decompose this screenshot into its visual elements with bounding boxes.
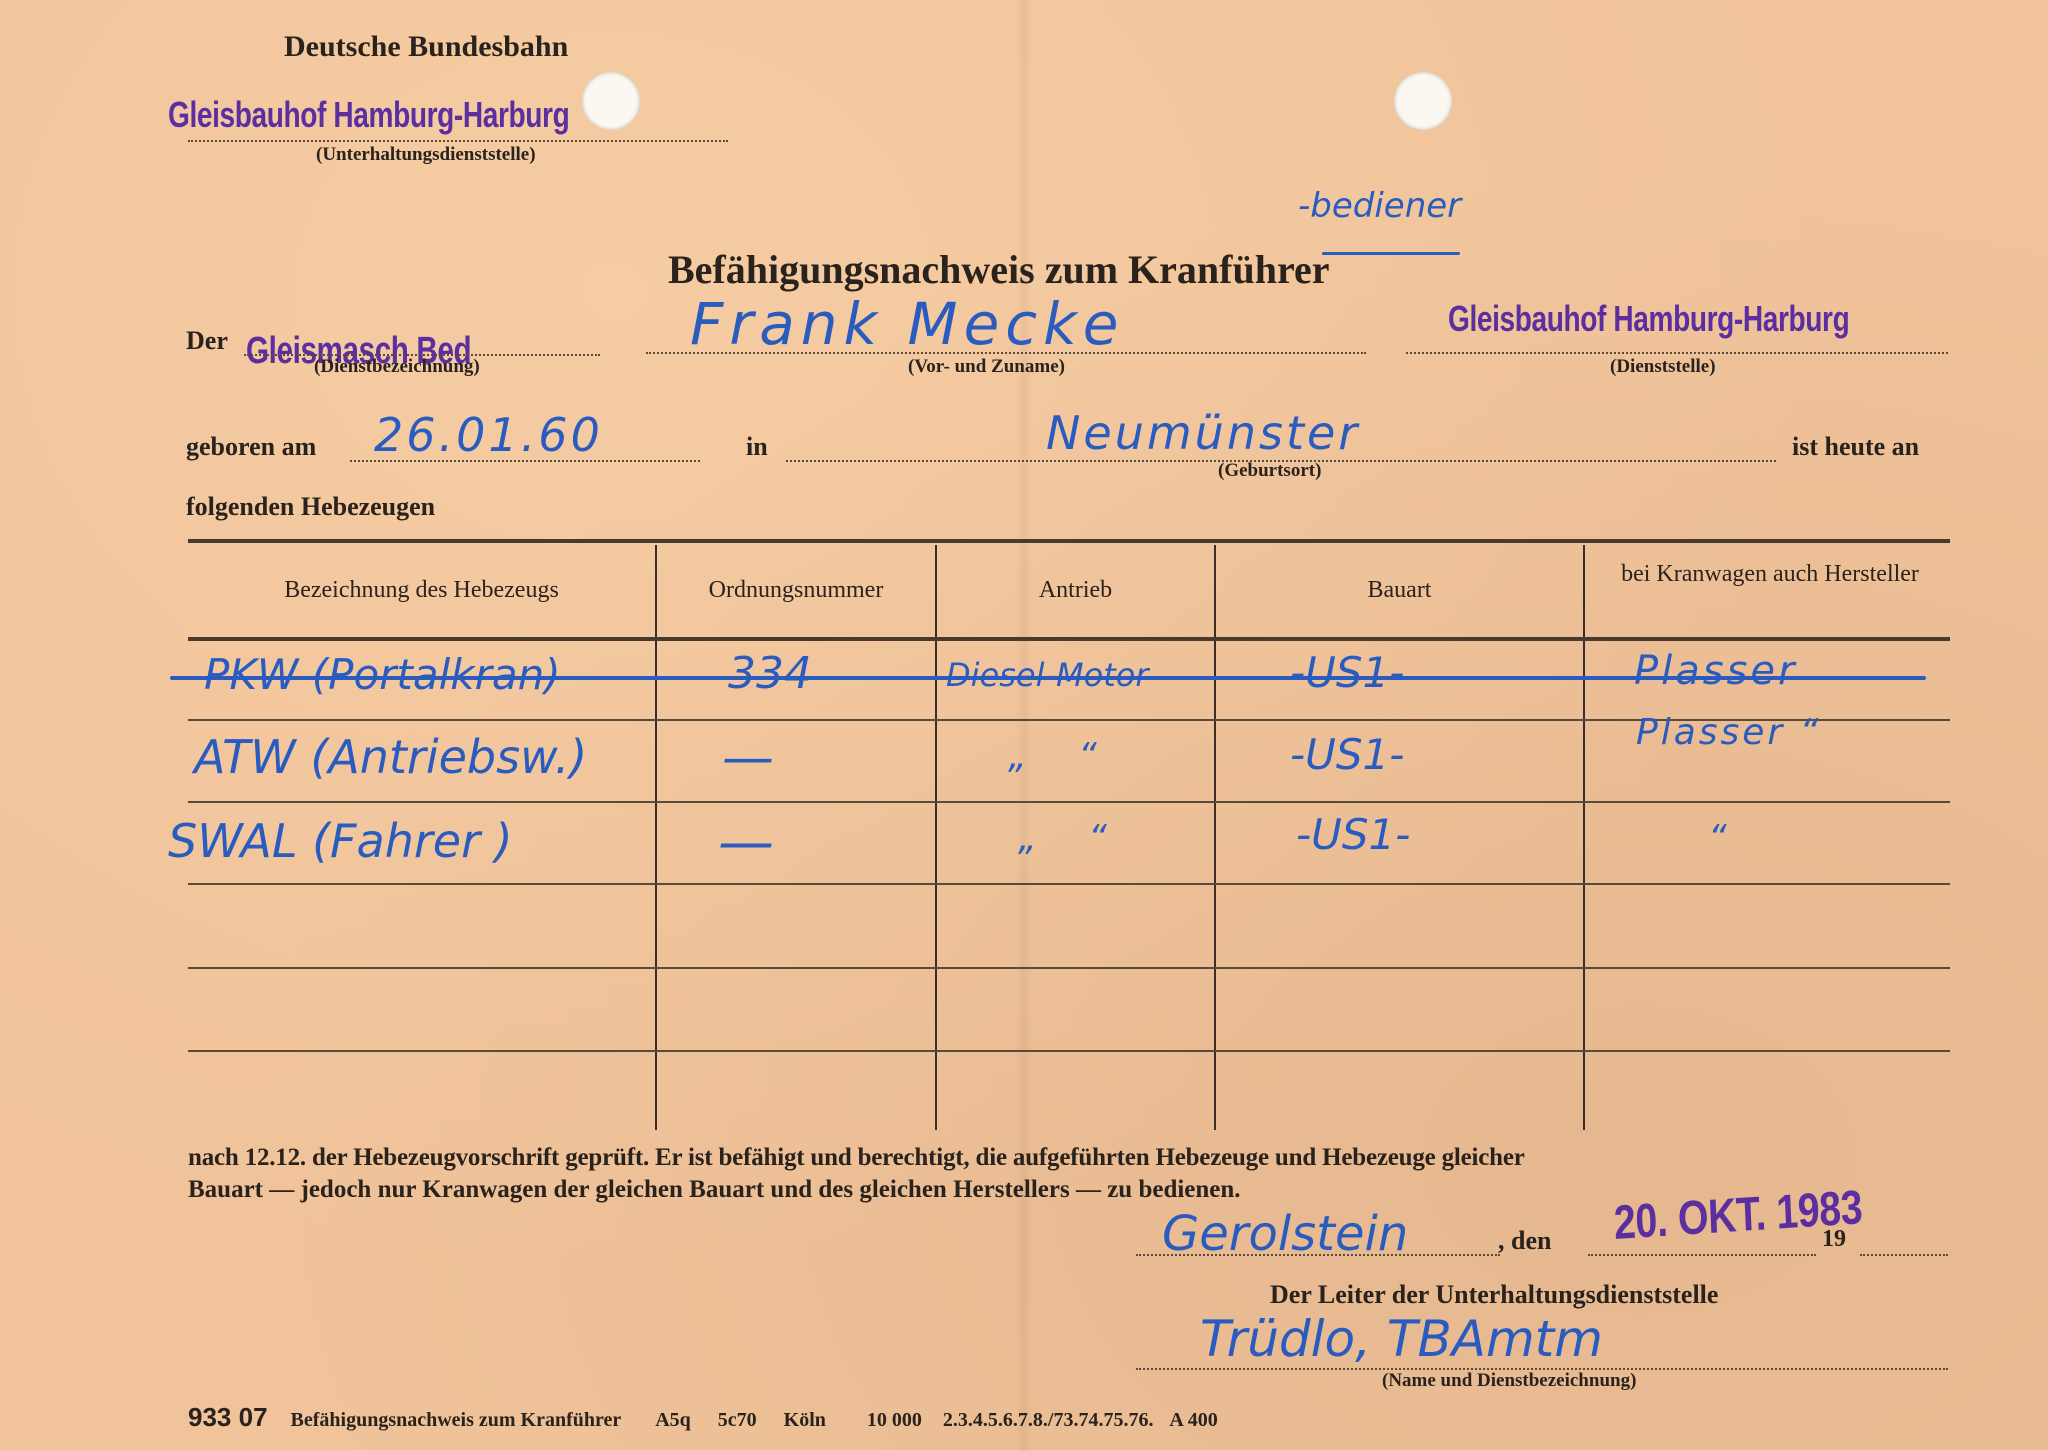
office-stamp: Gleisbauhof Hamburg-Harburg (1448, 298, 1849, 340)
office-caption: (Dienststelle) (1610, 356, 1716, 378)
table-top-line (188, 539, 1950, 543)
column-divider (655, 545, 657, 1130)
body-text-line-2: Bauart — jedoch nur Kranwagen der gleich… (188, 1176, 1241, 1204)
form-reprints: 2.3.4.5.6.7.8./73.74.75.76. (943, 1409, 1154, 1431)
form-format: A5q (655, 1409, 691, 1431)
birth-date: 26.01.60 (374, 408, 603, 462)
column-header-bezeichnung: Bezeichnung des Hebezeugs (188, 576, 655, 604)
form-footer: 933 07 Befähigungsnachweis zum Kranführe… (188, 1402, 1218, 1433)
punch-hole-left (582, 72, 640, 130)
year-prefix: 19 (1822, 1226, 1846, 1253)
office-dotted-line (1406, 352, 1948, 354)
leader-signature: Trüdlo, TBAmtm (1200, 1310, 1603, 1368)
title-correction: -bediener (1298, 186, 1461, 226)
cell-bezeichnung: ATW (Antriebsw.) (194, 730, 587, 784)
birth-date-dotted-line (350, 460, 700, 462)
den-label: , den (1498, 1226, 1551, 1256)
column-divider (935, 545, 937, 1130)
cell-antrieb: Diesel-Motor (946, 656, 1148, 694)
leader-label: Der Leiter der Unterhaltungsdienststelle (1270, 1280, 1718, 1310)
body-text-line-1: nach 12.12. der Hebezeugvorschrift geprü… (188, 1144, 1525, 1172)
column-header-bauart: Bauart (1216, 576, 1583, 604)
year-dotted-line (1860, 1254, 1948, 1256)
birth-place-caption: (Geburtsort) (1218, 460, 1321, 482)
cell-ordnungsnummer: — (718, 810, 774, 875)
date-dotted-line (1588, 1254, 1816, 1256)
cell-bauart: -US1- (1290, 648, 1404, 697)
page-title: Befähigungsnachweis zum Kranführer (668, 246, 1330, 293)
organization-name: Deutsche Bundesbahn (284, 30, 568, 64)
column-header-hersteller: bei Kranwagen auch Hersteller (1600, 560, 1940, 588)
cell-hersteller: Plasser “ (1636, 712, 1821, 753)
name-caption: (Vor- und Zuname) (908, 356, 1065, 378)
row-line (188, 1050, 1950, 1052)
signature-caption: (Name und Dienstbezeichnung) (1382, 1370, 1636, 1392)
form-code: A 400 (1169, 1409, 1217, 1431)
form-edition: 5c70 (718, 1409, 757, 1431)
cell-hersteller: “ (1708, 818, 1727, 859)
form-title: Befähigungsnachweis zum Kranführer (291, 1409, 622, 1431)
der-label: Der (186, 326, 228, 356)
suffix-label: ist heute an (1792, 432, 1919, 462)
cell-antrieb: „ “ (1018, 818, 1127, 859)
row-line (188, 801, 1950, 803)
title-strikethrough (1322, 252, 1460, 255)
form-print-run: 10 000 (867, 1409, 922, 1431)
cell-bezeichnung: SWAL (Fahrer ) (168, 814, 513, 868)
unit-dotted-line (188, 140, 728, 142)
row-strikethrough (170, 676, 1926, 680)
place-dotted-line (1136, 1254, 1500, 1256)
column-header-ordnungsnummer: Ordnungsnummer (657, 576, 935, 604)
punch-hole-right (1394, 72, 1452, 130)
birth-place: Neumünster (1046, 406, 1360, 460)
cell-bezeichnung: PKW (Portalkran) (204, 650, 561, 699)
cell-bauart: -US1- (1296, 810, 1410, 859)
header-bottom-line (188, 637, 1950, 641)
form-city: Köln (784, 1409, 826, 1431)
cell-antrieb: „ “ (1008, 736, 1117, 777)
cell-hersteller: Plasser (1634, 648, 1797, 694)
cell-ordnungsnummer: — (722, 728, 774, 788)
cell-ordnungsnummer: 334 (728, 648, 812, 699)
column-divider (1583, 545, 1585, 1130)
form-number: 933 07 (188, 1402, 268, 1432)
born-label: geboren am (186, 432, 316, 462)
column-divider (1214, 545, 1216, 1130)
person-name: Frank Mecke (690, 290, 1124, 358)
in-label: in (746, 432, 768, 462)
unit-caption: (Unterhaltungsdienststelle) (316, 144, 536, 166)
job-title-caption: (Dienstbezeichnung) (314, 356, 480, 378)
row-line (188, 967, 1950, 969)
name-dotted-line (646, 352, 1366, 354)
following-label: folgenden Hebezeugen (186, 492, 435, 522)
cell-bauart: -US1- (1290, 730, 1404, 779)
row-line (188, 883, 1950, 885)
column-header-antrieb: Antrieb (937, 576, 1214, 604)
unit-stamp: Gleisbauhof Hamburg-Harburg (168, 94, 569, 136)
